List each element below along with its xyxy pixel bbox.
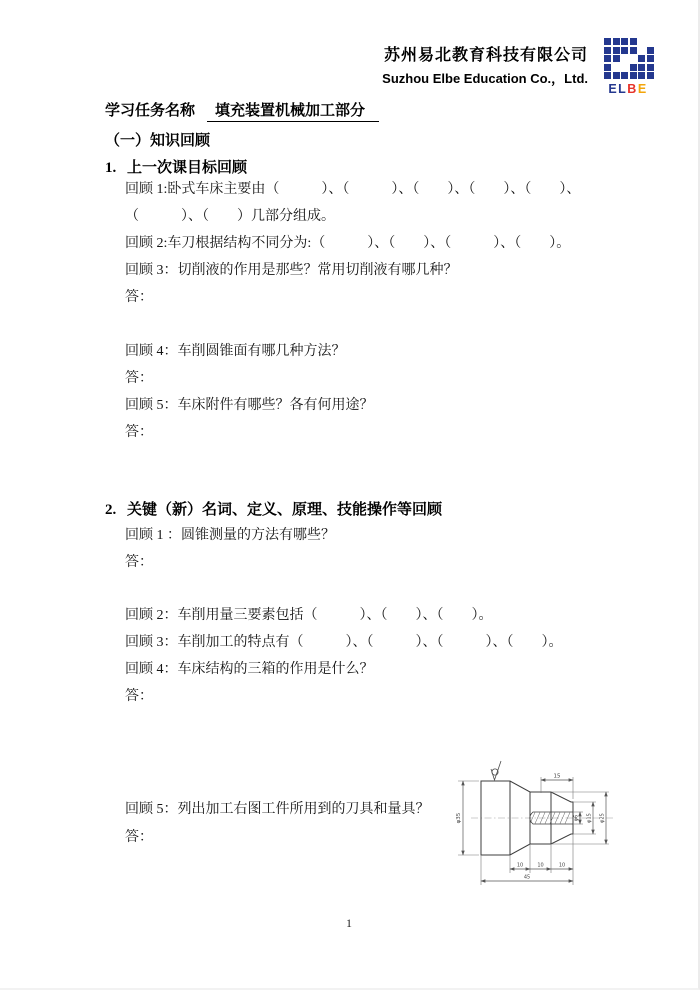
logo-cell — [604, 55, 611, 62]
workpiece-drawing-svg: φ35 15 φ6 φ15 — [443, 733, 667, 911]
p1-answer4: 答： — [125, 367, 153, 387]
logo-cell — [630, 72, 637, 79]
logo-cell — [647, 55, 654, 62]
part1-heading: 1.上一次课目标回顾 — [105, 156, 247, 177]
logo-cell — [638, 64, 645, 71]
elbe-logo-grid — [604, 38, 652, 79]
p2-review3: 回顾 3：车削加工的特点有（ ）、（ ）、（ ）、（ ）。 — [125, 631, 563, 651]
p2-review5: 回顾 5：列出加工右图工件所用到的刀具和量具？ — [125, 798, 430, 818]
logo-cell — [638, 72, 645, 79]
logo-cell — [604, 64, 611, 71]
logo-cell — [647, 72, 654, 79]
company-name-en: Suzhou Elbe Education Co.，Ltd. — [382, 68, 588, 87]
logo-cell — [604, 72, 611, 79]
logo-cell — [630, 38, 637, 45]
logo-cell — [647, 38, 654, 45]
logo-cell — [621, 55, 628, 62]
logo-cell — [647, 64, 654, 71]
task-title-line: 学习任务名称填充装置机械加工部分 — [105, 99, 379, 120]
logo-cell — [621, 64, 628, 71]
logo-cell — [613, 64, 620, 71]
p1-review5: 回顾 5：车床附件有哪些？各有何用途？ — [125, 394, 374, 414]
part1-number: 1. — [105, 160, 127, 177]
p2-review1: 回顾 1 ：圆锥测量的方法有哪些？ — [125, 524, 335, 544]
p2-answer4: 答： — [125, 685, 153, 705]
logo-cell — [613, 38, 620, 45]
knowledge-review-heading: （一）知识回顾 — [105, 129, 210, 150]
surface-finish-icon — [491, 761, 501, 780]
dim-label-step: φ25 — [600, 813, 606, 823]
logo-cell — [630, 64, 637, 71]
company-header: 苏州易北教育科技有限公司 Suzhou Elbe Education Co.，L… — [382, 42, 588, 87]
dim-label-seg1: 10 — [517, 863, 523, 869]
dim-label-top-length: 15 — [554, 774, 561, 780]
logo-letter: E — [638, 82, 648, 96]
p1-review2: 回顾 2:车刀根据结构不同分为:（ ）、（ ）、（ ）、（ ）。 — [125, 232, 570, 252]
logo-letter: B — [627, 82, 638, 96]
p1-review4: 回顾 4：车削圆锥面有哪几种方法？ — [125, 340, 346, 360]
p1-review1-line2: （ ）、（ ）几部分组成。 — [125, 205, 335, 225]
task-title-value: 填充装置机械加工部分 — [207, 103, 379, 122]
document-page: 苏州易北教育科技有限公司 Suzhou Elbe Education Co.，L… — [0, 0, 700, 990]
logo-cell — [630, 55, 637, 62]
workpiece-drawing: φ35 15 φ6 φ15 — [443, 733, 667, 911]
p1-answer3: 答： — [125, 286, 153, 306]
p1-answer5: 答： — [125, 421, 153, 441]
logo-cell — [638, 38, 645, 45]
p1-review1-line1: 回顾 1:卧式车床主要由（ ）、（ ）、（ ）、（ ）、（ ）、 — [125, 178, 580, 198]
logo-cell — [613, 47, 620, 54]
dim-label-bore: φ6 — [574, 815, 580, 821]
logo-cell — [647, 47, 654, 54]
logo-cell — [621, 47, 628, 54]
page-number: 1 — [0, 916, 698, 931]
logo-cell — [621, 72, 628, 79]
part2-heading-text: 关键（新）名词、定义、原理、技能操作等回顾 — [127, 502, 442, 518]
logo-cell — [613, 72, 620, 79]
dim-label-face: φ15 — [587, 813, 593, 823]
logo-letter: L — [618, 82, 627, 96]
logo-cell — [638, 47, 645, 54]
p2-review4: 回顾 4：车床结构的三箱的作用是什么？ — [125, 658, 374, 678]
p2-review2: 回顾 2：车削用量三要素包括（ ）、（ ）、（ ）。 — [125, 604, 493, 624]
dim-right-diameters: φ6 φ15 φ25 — [551, 792, 609, 844]
logo-cell — [630, 47, 637, 54]
elbe-logo-wordmark: ELBE — [604, 82, 652, 96]
elbe-logo: ELBE — [604, 38, 652, 96]
dim-label-total: 45 — [524, 875, 530, 881]
dim-bottom-segments: 10 10 10 45 — [481, 834, 573, 885]
logo-letter: E — [608, 82, 618, 96]
part2-heading: 2.关键（新）名词、定义、原理、技能操作等回顾 — [105, 498, 442, 519]
p2-answer1: 答： — [125, 551, 153, 571]
part1-heading-text: 上一次课目标回顾 — [127, 160, 247, 176]
dim-label-seg2: 10 — [537, 863, 543, 869]
dim-label-seg3: 10 — [559, 863, 565, 869]
dim-label-left-diameter: φ35 — [456, 812, 462, 823]
logo-cell — [613, 55, 620, 62]
part2-number: 2. — [105, 502, 127, 519]
task-title-label: 学习任务名称 — [105, 103, 195, 119]
p2-answer5: 答： — [125, 826, 153, 846]
logo-cell — [604, 38, 611, 45]
p1-review3: 回顾 3：切削液的作用是那些？常用切削液有哪几种？ — [125, 259, 458, 279]
logo-cell — [638, 55, 645, 62]
logo-cell — [621, 38, 628, 45]
company-name-cn: 苏州易北教育科技有限公司 — [382, 42, 588, 65]
logo-cell — [604, 47, 611, 54]
